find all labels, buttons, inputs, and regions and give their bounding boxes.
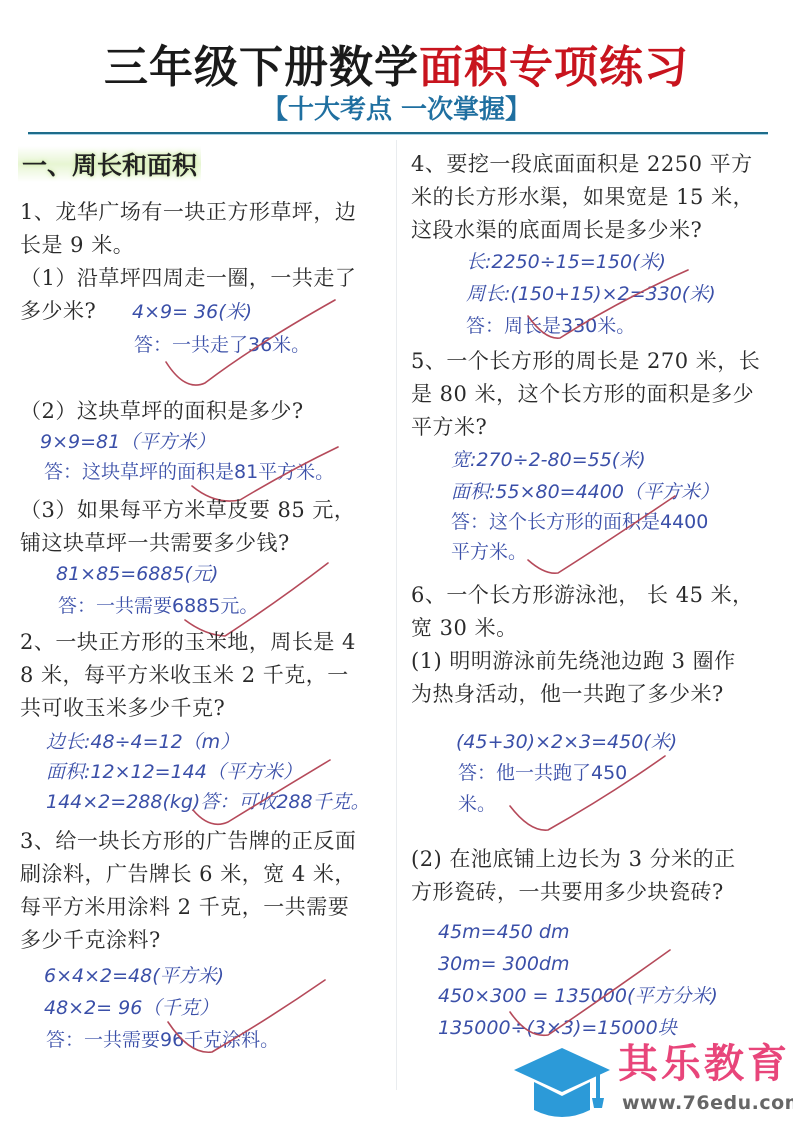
page-title: 三年级下册数学面积专项练习 [0,40,793,96]
answer-statement: 答：这个长方形的面积是4400 [451,508,708,536]
brand-url: www.76edu.com [622,1092,793,1114]
answer-statement: 答：一共走了36米。 [134,331,310,359]
problem-text: 每平方米用涂料 2 千克，一共需要 [20,891,349,924]
answer-calculation: 面积:55×80=4400（平方米） [451,478,719,506]
checkmark-icon [0,0,1,1]
answer-calculation: 144×2=288(kg)答：可收288千克。 [46,788,370,816]
subquestion-text: 方形瓷砖，一共要用多少块瓷砖? [411,876,724,909]
subquestion-text: 为热身活动，他一共跑了多少米? [411,678,724,711]
checkmark-icon [0,0,1,1]
answer-calculation: 81×85=6885(元) [56,560,218,588]
answer-statement: 答：一共需要6885元。 [58,592,258,620]
checkmark-icon [0,0,1,1]
problem-text: 5、一个长方形的周长是 270 米，长 [411,345,760,378]
problem-text: 平方米? [411,411,487,444]
checkmark-icon [0,0,1,1]
subquestion-text: 多少米? [20,295,96,328]
header-divider [28,132,768,135]
answer-statement: 答：他一共跑了450 [458,759,627,787]
answer-calculation: 9×9=81（平方米） [40,428,215,456]
problem-text: 多少千克涂料? [20,924,161,957]
answer-statement: 米。 [458,790,496,818]
answer-calculation: 450×300 = 135000(平方分米) [438,982,718,1010]
answer-statement: 答：一共需要96千克涂料。 [46,1026,279,1054]
answer-statement: 答：周长是330米。 [466,312,635,340]
checkmark-icon [0,0,1,1]
title-topic: 面积专项练习 [419,42,689,93]
problem-text: 长是 9 米。 [20,229,134,262]
subquestion-text: (1) 明明游泳前先绕池边跑 3 圈作 [411,645,736,678]
checkmark-icon [0,0,1,1]
answer-statement: 平方米。 [451,538,527,566]
checkmark-icon [0,0,1,1]
problem-text: 这段水渠的底面周长是多少米? [411,214,702,247]
brand-logo: 其乐教育 www.76edu.com [512,1040,792,1122]
subquestion-text: 铺这块草坪一共需要多少钱? [20,527,290,560]
problem-text: 共可收玉米多少千克? [20,692,225,725]
answer-calculation: 面积:12×12=144（平方米） [46,758,302,786]
subquestion-text: （1）沿草坪四周走一圈，一共走了 [20,262,356,295]
answer-calculation: 4×9= 36(米) [132,298,252,326]
problem-text: 6、一个长方形游泳池， 长 45 米， [411,579,754,612]
answer-calculation: (45+30)×2×3=450(米) [456,728,677,756]
problem-text: 3、给一块长方形的广告牌的正反面 [20,825,356,858]
answer-statement: 答：这块草坪的面积是81平方米。 [44,458,334,486]
subquestion-text: (2) 在池底铺上边长为 3 分米的正 [411,843,736,876]
title-main: 三年级下册数学 [104,42,419,93]
problem-text: 8 米，每平方米收玉米 2 千克，一 [20,659,349,692]
section-heading: 一、周长和面积 [18,146,201,182]
answer-calculation: 边长:48÷4=12（m） [46,728,239,756]
problem-text: 1、龙华广场有一块正方形草坪，边 [20,196,356,229]
problem-text: 宽 30 米。 [411,612,518,645]
page-subtitle: 【十大考点 一次掌握】 [0,94,793,126]
subquestion-text: （2）这块草坪的面积是多少? [20,395,304,428]
answer-calculation: 30m= 300dm [438,950,569,978]
answer-calculation: 45m=450 dm [438,918,569,946]
checkmark-icon [0,0,1,1]
problem-text: 刷涂料，广告牌长 6 米，宽 4 米， [20,858,356,891]
answer-calculation: 135000÷(3×3)=15000块 [438,1014,677,1042]
answer-calculation: 宽:270÷2-80=55(米) [451,446,646,474]
problem-text: 是 80 米，这个长方形的面积是多少 [411,378,754,411]
brand-name: 其乐教育 [618,1040,790,1088]
column-divider [396,140,397,1090]
problem-text: 4、要挖一段底面面积是 2250 平方 [411,148,753,181]
answer-calculation: 周长:(150+15)×2=330(米) [466,280,716,308]
problem-text: 2、一块正方形的玉米地，周长是 4 [20,626,356,659]
problem-text: 米的长方形水渠，如果宽是 15 米， [411,181,754,214]
answer-calculation: 6×4×2=48(平方米) [44,962,224,990]
checkmark-icon [0,0,1,1]
answer-calculation: 48×2= 96（千克） [44,994,218,1022]
graduation-cap-icon [512,1042,612,1120]
subquestion-text: （3）如果每平方米草皮要 85 元， [20,494,355,527]
answer-calculation: 长:2250÷15=150(米) [466,248,666,276]
